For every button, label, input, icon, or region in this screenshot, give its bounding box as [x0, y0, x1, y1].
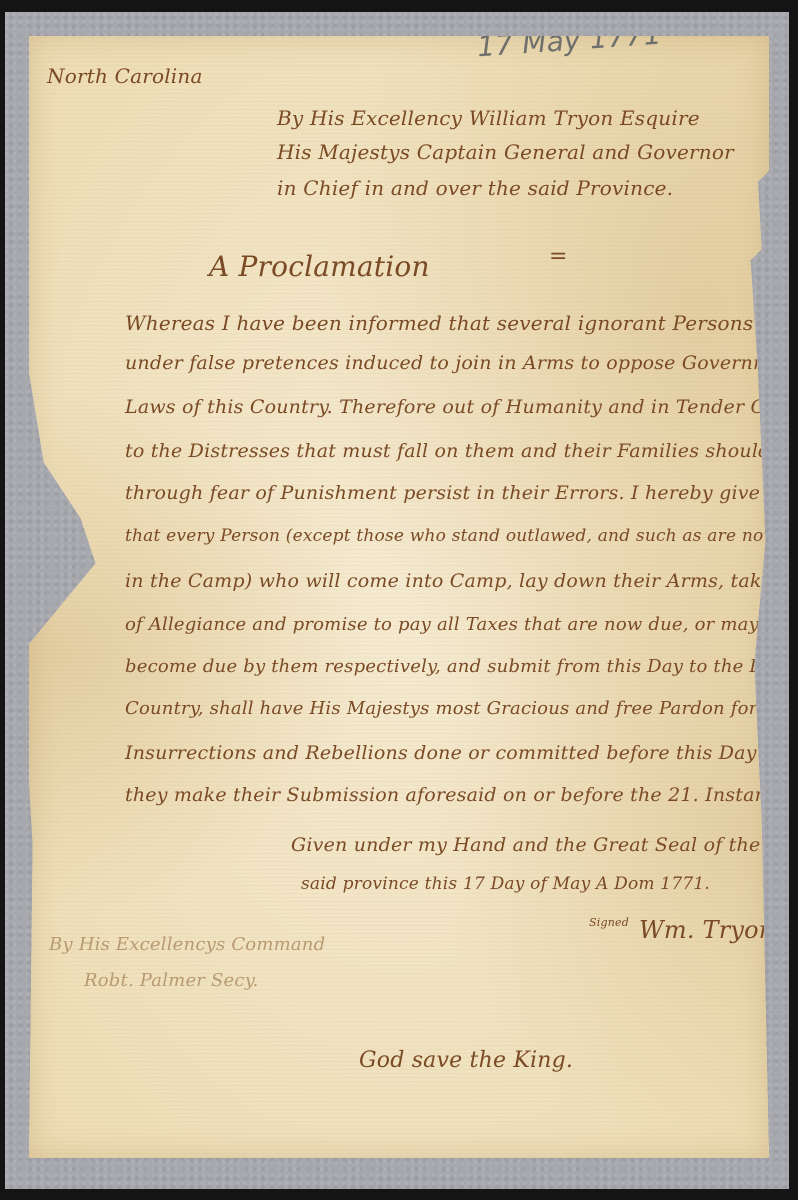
signed-label: Signed [589, 916, 629, 929]
heading-line-3: in Chief in and over the said Province. [277, 176, 673, 200]
body-line-7: in the Camp) who will come into Camp, la… [125, 570, 798, 592]
body-line-8: of Allegiance and promise to pay all Tax… [125, 614, 798, 635]
given-line-1: Given under my Hand and the Great Seal o… [291, 834, 760, 856]
body-line-9: become due by them respectively, and sub… [125, 656, 798, 677]
closing-line: God save the King. [359, 1048, 573, 1073]
body-line-5: through fear of Punishment persist in th… [125, 482, 798, 504]
body-line-2: under false pretences induced to join in… [125, 352, 798, 374]
proclamation-title: A Proclamation [209, 250, 430, 283]
title-mark: = [549, 244, 568, 269]
command-line-2: Robt. Palmer Secy. [84, 970, 259, 991]
body-line-4: to the Distresses that must fall on them… [125, 440, 798, 462]
manuscript-page: North Carolina 17 May 1771 By His Excell… [29, 36, 769, 1158]
body-line-3: Laws of this Country. Therefore out of H… [125, 396, 798, 418]
command-line-1: By His Excellencys Command [49, 934, 325, 955]
signature: Wm. Tryon [639, 916, 774, 944]
body-line-11: Insurrections and Rebellions done or com… [125, 742, 798, 764]
archival-mat: North Carolina 17 May 1771 By His Excell… [5, 12, 789, 1189]
body-line-10: Country, shall have His Majestys most Gr… [125, 698, 798, 719]
body-line-12: they make their Submission aforesaid on … [125, 784, 781, 806]
body-line-1: Whereas I have been informed that severa… [125, 311, 798, 335]
given-line-2: said province this 17 Day of May A Dom 1… [301, 874, 710, 894]
heading-line-2: His Majestys Captain General and Governo… [277, 140, 734, 164]
place-heading: North Carolina [47, 64, 203, 88]
pencil-date-annotation: 17 May 1771 [476, 18, 663, 64]
body-line-6: that every Person (except those who stan… [125, 526, 798, 546]
heading-line-1: By His Excellency William Tryon Esquire [277, 106, 700, 130]
